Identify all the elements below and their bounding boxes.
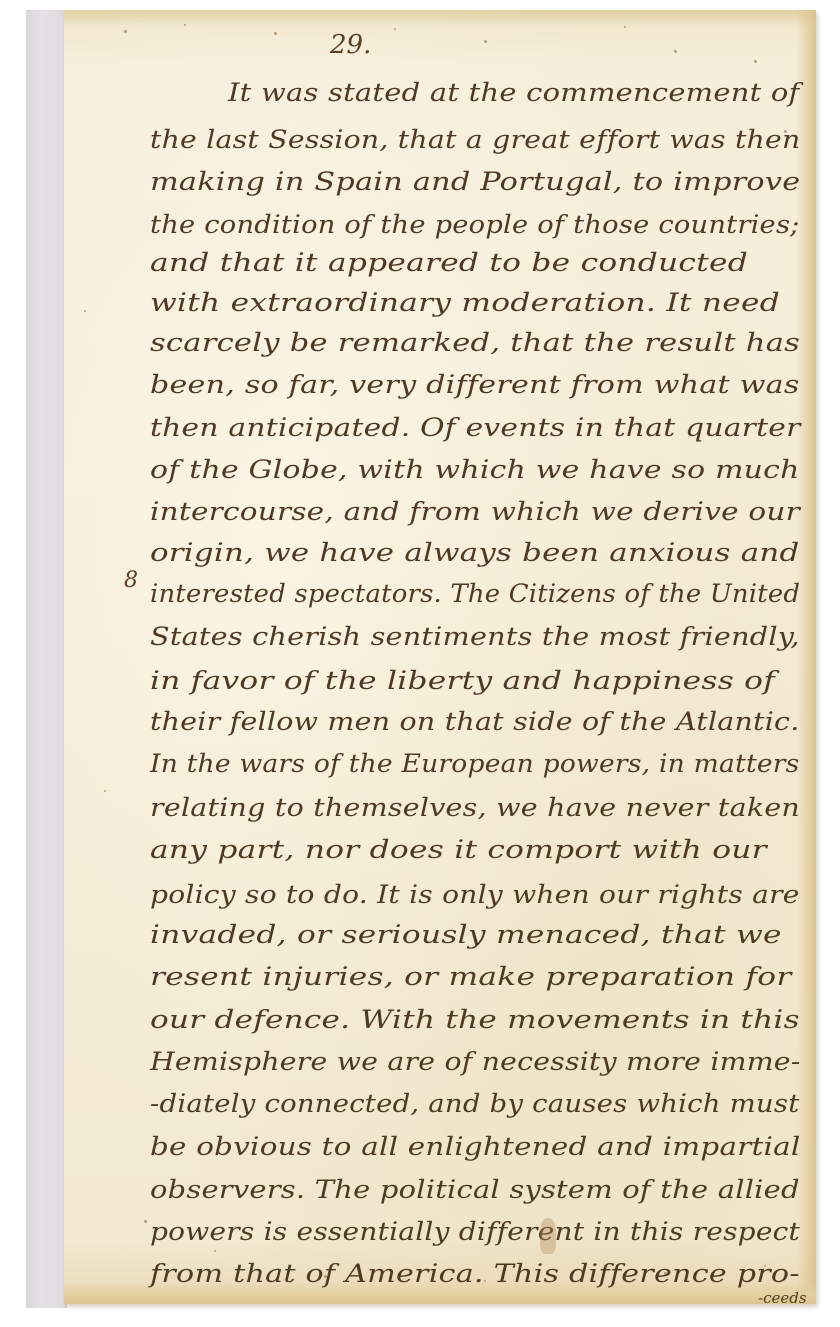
manuscript-line: In the wars of the European powers, in m… xyxy=(150,749,800,778)
manuscript-line: invaded, or seriously menaced, that we xyxy=(150,920,782,949)
manuscript-line: of the Globe, with which we have so much xyxy=(150,455,800,484)
manuscript-line: with extraordinary moderation. It need xyxy=(150,288,780,317)
manuscript-line: scarcely be remarked, that the result ha… xyxy=(150,328,800,357)
manuscript-line: be obvious to all enlightened and impart… xyxy=(150,1132,801,1161)
manuscript-line: been, so far, very different from what w… xyxy=(150,370,800,399)
manuscript-line: from that of America. This difference pr… xyxy=(150,1259,800,1288)
manuscript-line: interested spectators. The Citizens of t… xyxy=(150,579,800,608)
manuscript-line: in favor of the liberty and happiness of xyxy=(150,666,775,695)
catchword: -ceeds xyxy=(758,1289,807,1307)
manuscript-line: powers is essentially different in this … xyxy=(150,1217,800,1246)
manuscript-line: resent injuries, or make preparation for xyxy=(150,962,792,991)
manuscript-line: our defence. With the movements in this xyxy=(150,1005,800,1034)
manuscript-line: -diately connected, and by causes which … xyxy=(150,1089,799,1118)
manuscript-line: origin, we have always been anxious and xyxy=(150,538,799,567)
manuscript-line: observers. The political system of the a… xyxy=(150,1175,800,1204)
manuscript-line: their fellow men on that side of the Atl… xyxy=(150,707,799,736)
manuscript-line: intercourse, and from which we derive ou… xyxy=(150,497,800,526)
manuscript-line: then anticipated. Of events in that quar… xyxy=(150,413,801,442)
manuscript-line: the last Session, that a great effort wa… xyxy=(150,125,800,154)
manuscript-line: and that it appeared to be conducted xyxy=(150,248,748,277)
manuscript-line: the condition of the people of those cou… xyxy=(150,210,800,239)
margin-mark: 8 xyxy=(124,568,138,593)
manuscript-line: It was stated at the commencement of xyxy=(228,78,800,107)
binding-strip xyxy=(26,10,67,1308)
manuscript-line: making in Spain and Portugal, to improve xyxy=(150,167,800,196)
manuscript-line: policy so to do. It is only when our rig… xyxy=(150,880,800,909)
manuscript-line: any part, nor does it comport with our xyxy=(150,835,767,864)
ink-stain xyxy=(540,1218,556,1254)
manuscript-line: States cherish sentiments the most frien… xyxy=(150,622,800,651)
manuscript-line: Hemisphere we are of necessity more imme… xyxy=(150,1047,801,1076)
manuscript-line: relating to themselves, we have never ta… xyxy=(150,793,800,822)
page-number: 29. xyxy=(330,30,371,60)
